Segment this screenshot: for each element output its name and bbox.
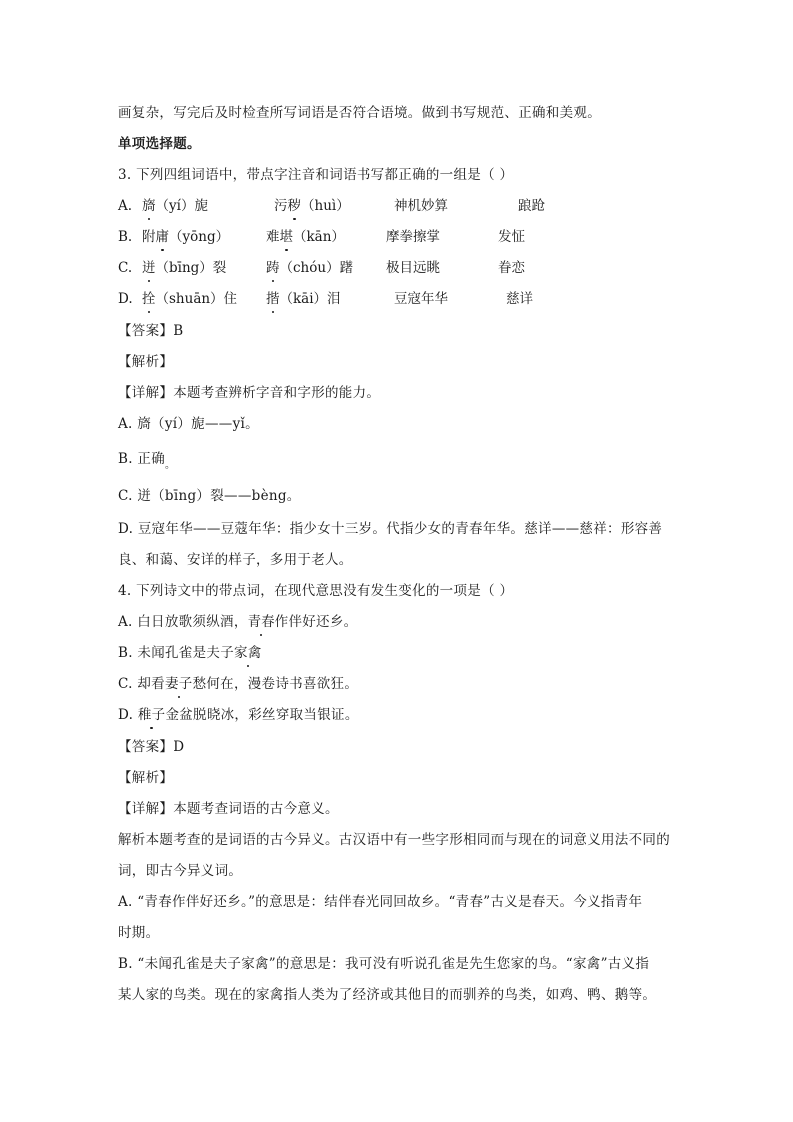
q4-option-c: C. 却看妻子愁何在，漫卷诗书喜欲狂。 [118,675,358,693]
q4-explanation-2: 词，即古今异义词。 [118,862,242,880]
q3-option-a: A. 旖（yí）旎 污秽（huì） 神机妙算 踉跄 [118,197,678,215]
q3-answer: 【答案】B [118,322,183,340]
q3-explanation-d-line2: 良、和蔼、安详的样子，多用于老人。 [118,551,353,569]
option-label: D. [118,290,133,308]
q4-explanation-1: 解析本题考查的是词语的古今异义。古汉语中有一些字形相同而与现在的词意义用法不同的 [118,831,670,849]
option-label: A. [118,197,132,215]
option-label: B. [118,228,132,246]
q4-explanation-4: 时期。 [118,924,159,942]
q3-option-c: C. 迸（bīng）裂 踌（chóu）躇 极目远眺 眷恋 [118,259,678,277]
option-item: 旖（yí）旎 [142,197,208,215]
option-item: 拴（shuān）住 [142,290,237,308]
document-page: 画复杂，写完后及时检查所写词语是否符合语境。做到书写规范、正确和美观。 单项选择… [0,0,793,1122]
q3-option-d: D. 拴（shuān）住 揩（kāi）泪 豆寇年华 慈详 [118,290,678,308]
q4-explanation-3: A. “青春作伴好还乡。”的意思是：结伴春光同回故乡。“青春”古义是春天。今义指… [118,893,642,911]
option-item: 发怔 [498,228,525,246]
option-item: 污秽（huì） [274,197,350,215]
option-item: 极目远眺 [386,259,440,277]
section-title: 单项选择题。 [118,135,201,153]
question-4-stem: 4. 下列诗文中的带点词，在现代意思没有发生变化的一项是（ ） [118,582,513,600]
option-item: 揩（kāi）泪 [266,290,341,308]
q4-option-b: B. 未闻孔雀是夫子家禽 [118,644,262,662]
q4-option-d: D. 稚子金盆脱晓冰，彩丝穿取当银证。 [118,706,359,724]
q3-option-b: B. 附庸（yōng） 难堪（kān） 摩拳擦掌 发怔 [118,228,678,246]
question-3-stem: 3. 下列四组词语中，带点字注音和词语书写都正确的一组是（ ） [118,166,513,184]
option-item: 难堪（kān） [266,228,345,246]
q3-detail: 【详解】本题考查辨析字音和字形的能力。 [118,384,380,402]
option-label: C. [118,259,132,277]
q4-answer: 【答案】D [118,738,184,756]
option-item: 踉跄 [518,197,545,215]
option-item: 神机妙算 [394,197,448,215]
q4-detail: 【详解】本题考查词语的古今意义。 [118,800,339,818]
q3-explanation-d-line1: D. 豆寇年华——豆蔻年华：指少女十三岁。代指少女的青春年华。慈详——慈祥：形容… [118,520,662,538]
q4-option-a: A. 白日放歌须纵酒，青春作伴好还乡。 [118,613,357,631]
option-item: 附庸（yōng） [142,228,229,246]
q4-explanation-6: 某人家的鸟类。现在的家禽指人类为了经济或其他目的而驯养的鸟类，如鸡、鸭、鹅等。 [118,986,656,1004]
q4-analysis-title: 【解析】 [118,769,173,787]
q3-explanation-b: B. 正确。 [118,450,175,470]
q3-explanation-c: C. 迸（bīng）裂——bèng。 [118,487,301,505]
option-item: 慈详 [506,290,533,308]
q3-explanation-a: A. 旖（yí）旎——yǐ。 [118,415,259,433]
intro-continuation: 画复杂，写完后及时检查所写词语是否符合语境。做到书写规范、正确和美观。 [118,104,601,122]
option-item: 踌（chóu）躇 [266,259,353,277]
q3-analysis-title: 【解析】 [118,353,173,371]
option-item: 豆寇年华 [394,290,448,308]
option-item: 迸（bīng）裂 [142,259,226,277]
option-item: 摩拳擦掌 [386,228,440,246]
option-item: 眷恋 [498,259,525,277]
q4-explanation-5: B. “未闻孔雀是夫子家禽”的意思是：我可没有听说孔雀是先生您家的鸟。“家禽”古… [118,955,649,973]
